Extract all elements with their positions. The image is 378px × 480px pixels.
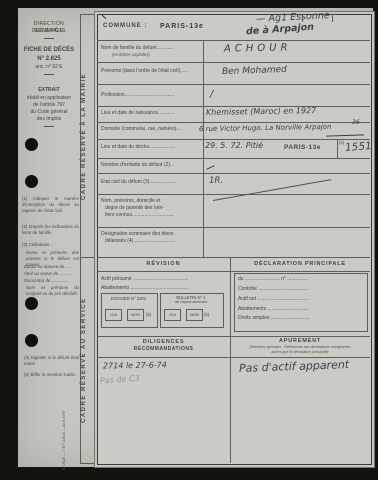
rule bbox=[97, 62, 370, 63]
declaration-title: DÉCLARATION PRINCIPALE bbox=[230, 261, 370, 268]
bulletin-subtitle: de l'époux survivant bbox=[160, 300, 222, 305]
mairie-band-label: CADRE RÉSERVÉ À LA MAIRIE bbox=[81, 15, 97, 257]
death-value: 29. 5. 72. Pitié bbox=[205, 141, 263, 150]
dossier-note-ref: (5) bbox=[146, 312, 151, 317]
declaration-abattements: Abattements ............................… bbox=[238, 306, 363, 313]
declaration-controle: Contrôle ...............................… bbox=[238, 286, 363, 293]
assets-label-line1: Désignation sommaire des biens bbox=[101, 231, 202, 238]
extrait-line2: établi en application bbox=[19, 95, 79, 102]
rule bbox=[97, 227, 370, 228]
footnote-3d: Divorcé(e) de .............. bbox=[24, 278, 79, 284]
name-sublabel: (en lettres capitales) bbox=[112, 52, 150, 57]
footnote-3e: Nom et prénoms du conjoint ou du pré-déc… bbox=[26, 285, 79, 297]
footnote-3b: Époux ou épouse de ...... bbox=[24, 264, 79, 270]
death-ref-box-rule bbox=[337, 139, 338, 158]
diligences-entry-date: 2714 le 27-6-74 bbox=[103, 360, 167, 370]
declaration-du-no-line: du ......................... n° ........… bbox=[238, 276, 363, 283]
footnote-3c: Veuf ou veuve de .......... bbox=[24, 271, 79, 277]
service-band-label: CADRE RÉSERVÉ AU SERVICE bbox=[81, 258, 97, 463]
firstnames-label: Prénoms (dans l'ordre de l'état civil)..… bbox=[101, 68, 202, 75]
org-name-line2: DES IMPÔTS bbox=[19, 28, 79, 35]
section-divider-rule bbox=[230, 257, 231, 463]
birth-value: Khemisset (Maroc) en 1927 bbox=[206, 106, 316, 117]
extrait-line4: du Code général bbox=[19, 109, 79, 116]
label-column-rule bbox=[203, 40, 204, 257]
civil-status-label: État civil du défunt (3)................… bbox=[101, 179, 202, 186]
heirs-label-line3: tiers connus............................… bbox=[105, 212, 202, 219]
dossier-oui-checkbox: OUI bbox=[105, 309, 122, 321]
rule bbox=[97, 336, 370, 337]
bulletin-oui-checkbox: OUI bbox=[164, 309, 181, 321]
rule bbox=[97, 257, 370, 258]
dossier-title: DOSSIER N° 2204 bbox=[101, 296, 156, 301]
profession-label: Profession..............................… bbox=[101, 92, 202, 99]
form-old-number: anc. n° 62 E bbox=[19, 64, 79, 71]
punch-hole bbox=[25, 297, 38, 310]
commune-value-stamp: PARIS-13e bbox=[160, 22, 204, 31]
revision-title: RÉVISION bbox=[97, 261, 230, 268]
rule bbox=[97, 40, 370, 41]
name-value: ACHOUR bbox=[224, 42, 292, 54]
divider bbox=[44, 74, 54, 75]
apurement-subtitle-line2: autres que la déclaration principale) bbox=[232, 350, 368, 355]
bulletin-non-checkbox: NON bbox=[186, 309, 203, 321]
revision-abattements: Abattements ............................… bbox=[101, 285, 227, 292]
assets-label-line2: délaissés (4) ..........................… bbox=[105, 238, 202, 245]
children-label: Nombre d'enfants du défunt (2)... bbox=[101, 162, 202, 169]
rule bbox=[97, 173, 370, 174]
extrait-line3: de l'article 797 bbox=[19, 102, 79, 109]
punch-hole bbox=[25, 334, 38, 347]
commune-label: COMMUNE : bbox=[103, 23, 147, 31]
revision-actif-presume: Actif présumé ..........................… bbox=[101, 276, 227, 283]
punch-hole bbox=[25, 138, 38, 151]
profession-value: ∕ bbox=[210, 89, 213, 100]
heirs-label-line1: Nom, prénoms, domicile et bbox=[101, 198, 202, 205]
apurement-subtitle-line1: (Mentions spéciales - Références aux déc… bbox=[232, 345, 368, 350]
bulletin-note-ref: (5) bbox=[204, 312, 209, 317]
domicile-superscript: 36 bbox=[352, 119, 360, 126]
rule bbox=[97, 271, 370, 272]
rule bbox=[97, 84, 370, 85]
print-imprint: N° 2625 — I. 977.180 A — Août 1970 bbox=[62, 385, 66, 470]
civil-status-value: 1R. bbox=[209, 176, 223, 186]
rule bbox=[97, 158, 370, 159]
form-number: N° 2.625 bbox=[19, 56, 79, 64]
footnote-2: (2) D'après les indications du livret de… bbox=[22, 224, 79, 236]
extrait-line5: des Impôts bbox=[19, 116, 79, 123]
divider bbox=[44, 38, 54, 39]
punch-hole bbox=[25, 175, 38, 188]
death-ref-note: (1) bbox=[339, 140, 344, 145]
birth-label: Lieu et date de naissance............ bbox=[101, 110, 202, 117]
footnote-5: (5) Biffer la mention inutile. bbox=[24, 372, 79, 378]
rule bbox=[97, 139, 370, 140]
domicile-label: Domicile (commune, rue, numéro).... bbox=[101, 126, 202, 133]
declaration-droits-simples: Droits simples .........................… bbox=[238, 315, 363, 322]
death-place-stamp: PARIS-13e bbox=[284, 144, 321, 152]
extrait-line1: EXTRAIT bbox=[19, 87, 79, 94]
service-band-box: CADRE RÉSERVÉ AU SERVICE bbox=[80, 257, 98, 464]
name-label: Nom de famille du défunt............ bbox=[101, 45, 202, 52]
footnote-3: (3) Célibataire : bbox=[22, 242, 79, 248]
scanned-death-record: DIRECTION GÉNÉRALE DES IMPÔTS FICHE DE D… bbox=[0, 0, 378, 480]
death-ref-value: 1551 bbox=[345, 140, 373, 154]
divider bbox=[44, 126, 54, 127]
mairie-band-box: CADRE RÉSERVÉ À LA MAIRIE bbox=[80, 14, 98, 258]
declaration-actif-net: Actif net ..............................… bbox=[238, 296, 363, 303]
rule bbox=[332, 14, 333, 22]
rule bbox=[97, 194, 370, 195]
diligences-subtitle: RECOMMANDATIONS bbox=[97, 346, 230, 353]
death-label: Lieu et date du décès................... bbox=[101, 144, 202, 151]
form-title: FICHE DE DÉCÈS bbox=[19, 47, 79, 55]
dossier-non-checkbox: NON bbox=[127, 309, 144, 321]
heirs-label-line2: degré de parenté des héri- bbox=[105, 205, 202, 212]
footnote-1: (1) Indiquer le numéro d'inscription du … bbox=[22, 196, 79, 214]
footnote-4: (4) Signaler si le défunt était marié. bbox=[24, 355, 79, 367]
